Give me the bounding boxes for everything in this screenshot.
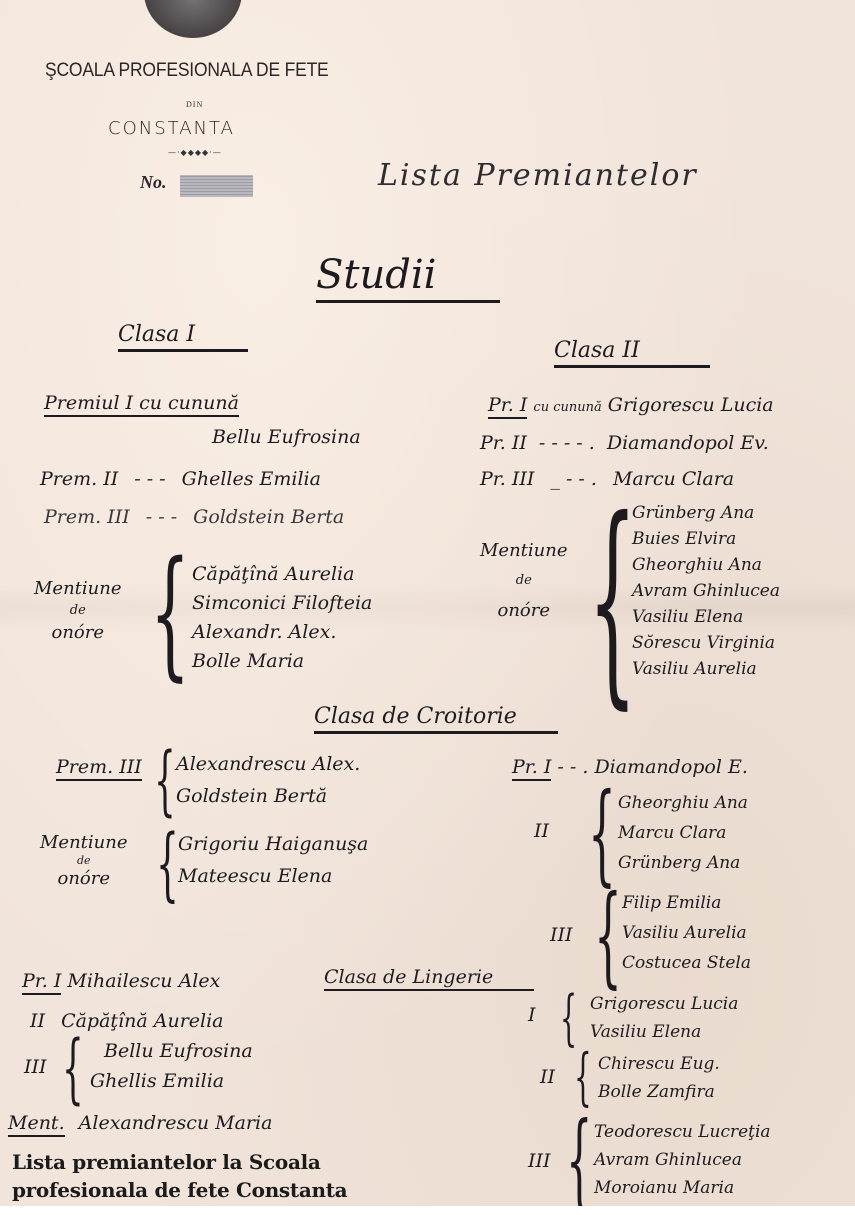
lingerie-prize-3-label: III [24, 1056, 47, 1078]
prize-2-label: Pr. II [480, 432, 527, 454]
brace-icon: { [566, 1108, 592, 1212]
list-item: Alexandrescu Alex. [176, 748, 360, 780]
list-item: Grigorescu Lucia [590, 990, 738, 1018]
prize-2-name: Căpăţînă Aurelia [61, 1010, 223, 1032]
brace-icon: { [150, 544, 190, 684]
mention-word: de [70, 600, 86, 622]
clasa-2-prize-1-row: Pr. I cu cunună Grigorescu Lucia [488, 394, 774, 416]
croitorie-mention-label: Mentiune de onóre [40, 834, 128, 888]
clasa-1-heading: Clasa I [118, 322, 248, 352]
city-name: CONSTANTA [108, 118, 235, 139]
number-label: No. [140, 172, 167, 193]
croitorie-prize-3-names: Filip Emilia Vasiliu Aurelia Costucea St… [622, 888, 751, 978]
redacted-number-field [180, 175, 253, 197]
list-item: Goldstein Bertă [176, 780, 360, 812]
list-item: Simconici Filofteia [192, 589, 372, 618]
list-item: Bolle Maria [192, 647, 372, 676]
list-item: Grünberg Ana [618, 848, 748, 878]
prize-3-name: Goldstein Berta [193, 506, 344, 528]
list-item: Costucea Stela [622, 948, 751, 978]
lingerie-mention-row: Ment. Alexandrescu Maria [8, 1112, 272, 1134]
coat-of-arms-icon [144, 0, 242, 38]
brace-icon: { [560, 988, 577, 1048]
lingerie-heading: Clasa de Lingerie [324, 966, 534, 991]
croitorie-prize-3-names: Alexandrescu Alex. Goldstein Bertă [176, 748, 360, 812]
prize-2-label: Prem. II [40, 468, 118, 490]
lingerie-prize-1-row: Pr. I Mihailescu Alex [22, 970, 220, 992]
mention-word: onóre [57, 870, 110, 888]
clasa-2-mentions-list: Grünberg Ana Buies Elvira Gheorghiu Ana … [632, 500, 780, 682]
clasa-2-mention-label: Mentiune de onóre [480, 536, 568, 626]
prize-1-label: Pr. I [22, 970, 61, 995]
lingerie-prize-2-row: II Căpăţînă Aurelia [30, 1010, 224, 1032]
lingerie-prize-3-names: Bellu Eufrosina Ghellis Emilia [90, 1036, 253, 1096]
prize-1-name: Diamandopol E. [594, 756, 747, 778]
clasa-2-prize-2-row: Pr. II - - - - . Diamandopol Ev. [480, 432, 769, 454]
section-title: Studii [316, 252, 500, 303]
mention-word: onóre [51, 622, 104, 644]
prize-3-label: Prem. III [44, 506, 130, 528]
prize-2-label: II [30, 1010, 45, 1032]
prize-3-label: Pr. III [480, 468, 534, 490]
document-title: Lista Premiantelor [378, 158, 698, 193]
clasa-1-prize-2-row: Prem. II - - - Ghelles Emilia [40, 468, 321, 490]
school-name: ŞCOALA PROFESIONALA DE FETE [45, 60, 329, 82]
lingerie-right-prize-1-label: I [528, 1004, 536, 1026]
lingerie-right-prize-3-label: III [528, 1150, 551, 1172]
prize-1-name: Grigorescu Lucia [608, 394, 774, 416]
list-item: Filip Emilia [622, 888, 751, 918]
list-item: Grünberg Ana [632, 500, 780, 526]
lingerie-right-prize-1-names: Grigorescu Lucia Vasiliu Elena [590, 990, 738, 1046]
clasa-2-heading: Clasa II [554, 338, 710, 368]
list-item: Grigoriu Haiganuşa [178, 828, 368, 860]
caption-line-2: profesionala de fete Constanta [12, 1176, 347, 1204]
leader-dots: - - - [146, 506, 177, 528]
clasa-1-prize-1-label: Premiul I cu cunună [44, 392, 239, 414]
prize-3-label: Prem. III [56, 756, 142, 781]
list-item: Marcu Clara [618, 818, 748, 848]
lingerie-right-prize-2-label: II [540, 1066, 555, 1088]
bottom-border [0, 1206, 855, 1215]
croitorie-prize-2-label: II [534, 820, 549, 842]
prize-1-label: Pr. I [512, 756, 551, 781]
prize-1-note: cu cunună [533, 400, 601, 415]
lingerie-right-prize-3-names: Teodorescu Lucreţia Avram Ghinlucea Moro… [594, 1118, 771, 1202]
mention-word: Mentiune [40, 834, 128, 852]
lingerie-right-prize-2-names: Chirescu Eug. Bolle Zamfira [598, 1050, 720, 1106]
leader-dots: - - - [134, 468, 165, 490]
caption-line-1: Lista premiantelor la Scoala [12, 1148, 347, 1176]
croitorie-prize-3-label: III [550, 924, 573, 946]
list-item: Sŏrescu Virginia [632, 630, 780, 656]
list-item: Avram Ghinlucea [594, 1146, 771, 1174]
croitorie-heading: Clasa de Croitorie [314, 704, 558, 734]
brace-icon: { [588, 490, 637, 710]
list-item: Buies Elvira [632, 526, 780, 552]
croitorie-prize-3-label: Prem. III [56, 756, 142, 778]
croitorie-prize-1-row: Pr. I - - . Diamandopol E. [512, 756, 748, 778]
clasa-1-prize-3-row: Prem. III - - - Goldstein Berta [44, 506, 344, 528]
list-item: Alexandr. Alex. [192, 618, 372, 647]
list-item: Ghellis Emilia [90, 1066, 253, 1096]
din-label: DIN [186, 100, 203, 109]
list-item: Mateescu Elena [178, 860, 368, 892]
leader-dots: - - - - . [539, 432, 595, 454]
mention-name: Alexandrescu Maria [79, 1112, 273, 1134]
mention-label: Ment. [8, 1112, 65, 1137]
brace-icon: { [62, 1030, 84, 1106]
list-item: Vasiliu Elena [590, 1018, 738, 1046]
list-item: Vasiliu Aurelia [632, 656, 780, 682]
prize-1-label: Pr. I [488, 394, 527, 419]
brace-icon: { [594, 880, 622, 990]
clasa-1-mention-label: Mentiune de onóre [34, 578, 122, 644]
list-item: Avram Ghinlucea [632, 578, 780, 604]
mention-word: Mentiune [34, 578, 122, 600]
mention-word: de [516, 566, 532, 596]
leader-dots: - - . [557, 756, 588, 778]
brace-icon: { [156, 824, 179, 904]
mention-word: Mentiune [480, 536, 568, 566]
croitorie-mentions-list: Grigoriu Haiganuşa Mateescu Elena [178, 828, 368, 892]
image-caption: Lista premiantelor la Scoala profesional… [12, 1148, 347, 1204]
ornament-divider: —·◆◆◆◆·— [168, 148, 222, 157]
list-item: Vasiliu Aurelia [622, 918, 751, 948]
prize-1-name: Mihailescu Alex [67, 970, 220, 992]
mention-word: onóre [497, 596, 550, 626]
list-item: Gheorghiu Ana [618, 788, 748, 818]
list-item: Căpăţînă Aurelia [192, 560, 372, 589]
list-item: Chirescu Eug. [598, 1050, 720, 1078]
list-item: Gheorghiu Ana [632, 552, 780, 578]
list-item: Teodorescu Lucreţia [594, 1118, 771, 1146]
prize-1-label: Premiul I cu cunună [44, 392, 239, 417]
croitorie-prize-2-names: Gheorghiu Ana Marcu Clara Grünberg Ana [618, 788, 748, 878]
list-item: Bellu Eufrosina [104, 1036, 253, 1066]
clasa-1-mentions-list: Căpăţînă Aurelia Simconici Filofteia Ale… [192, 560, 372, 676]
clasa-1-prize-1-name: Bellu Eufrosina [212, 426, 361, 448]
list-item: Moroianu Maria [594, 1174, 771, 1202]
prize-2-name: Diamandopol Ev. [607, 432, 769, 454]
prize-2-name: Ghelles Emilia [182, 468, 321, 490]
brace-icon: { [154, 742, 176, 818]
list-item: Vasiliu Elena [632, 604, 780, 630]
list-item: Bolle Zamfira [598, 1078, 720, 1106]
